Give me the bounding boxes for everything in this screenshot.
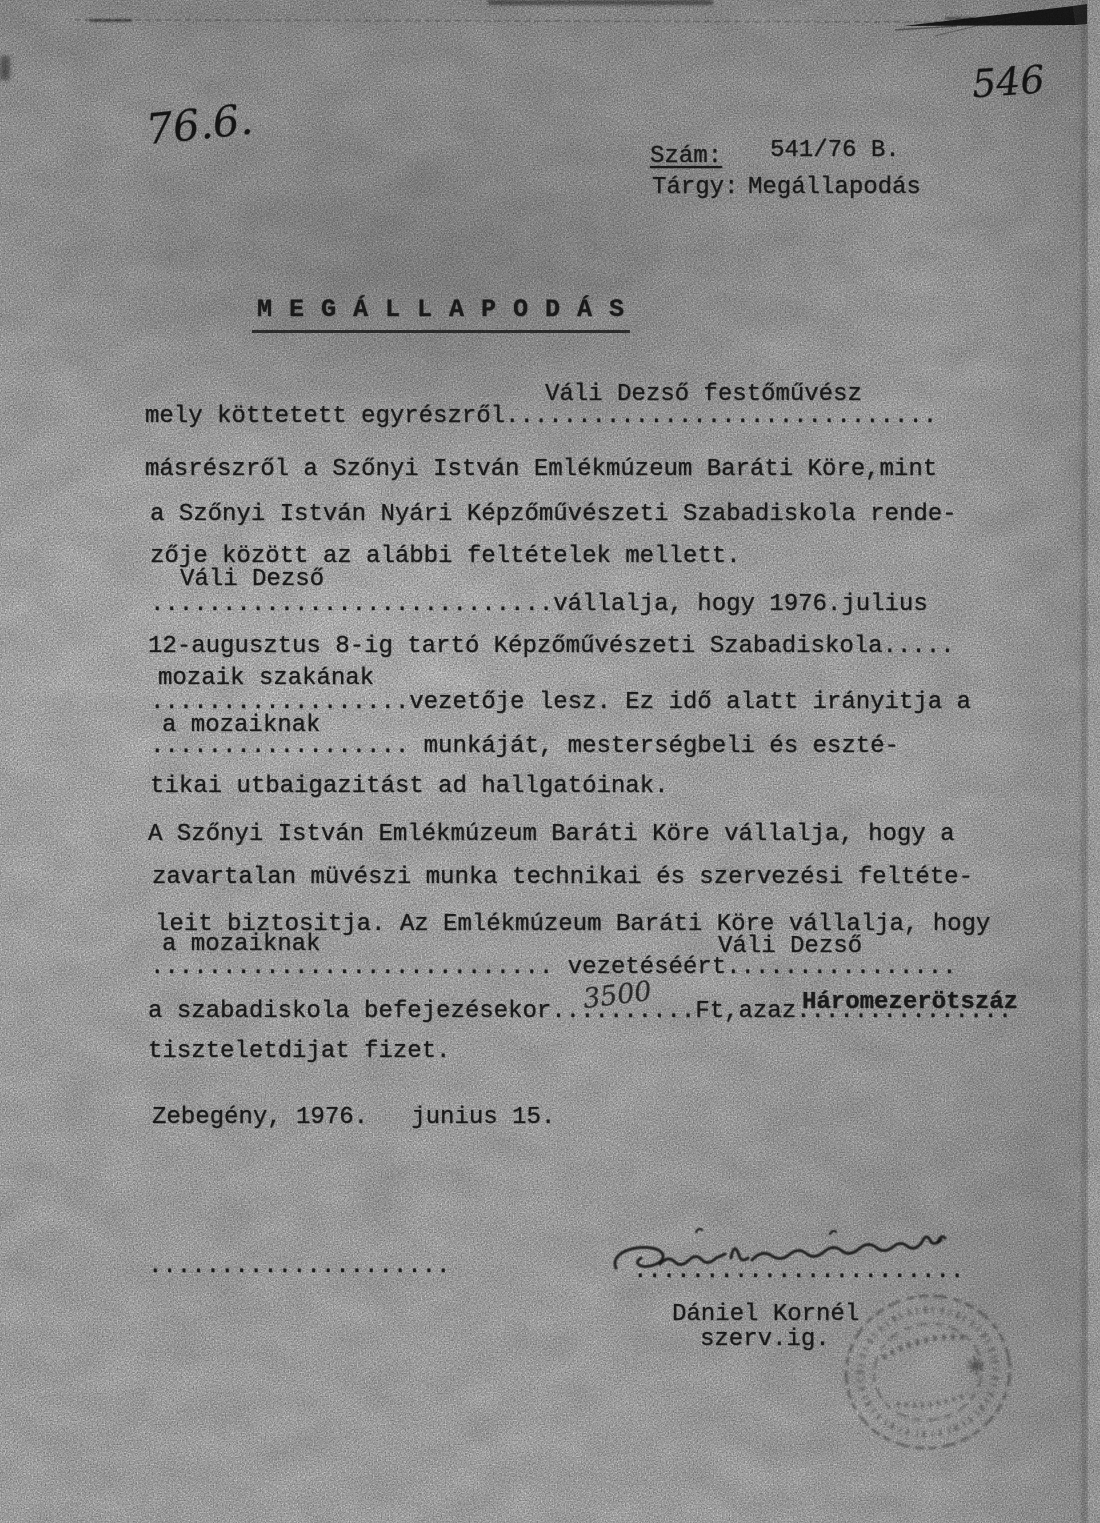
fill-in-text: a mozaiknak	[162, 931, 320, 959]
reference-number-label: Szám:	[650, 143, 722, 171]
scan-artifact-smudge	[488, 0, 713, 5]
signature-dotted-line-left: .....................	[148, 1253, 450, 1281]
scanned-document-page: 76.6. 546 Szám: 541/76 B. Tárgy: Megálla…	[0, 0, 1100, 1523]
handwritten-page-number: 546	[971, 58, 1046, 107]
fill-in-text: Háromezerötszáz	[802, 989, 1018, 1017]
signer-role: szerv.ig.	[700, 1326, 830, 1354]
body-line: tiszteletdijat fizet.	[148, 1038, 450, 1066]
body-line: 12-augusztus 8-ig tartó Képzőművészeti S…	[148, 633, 955, 661]
body-line: a Szőnyi István Nyári Képzőművészeti Sza…	[150, 501, 957, 529]
paper-edge	[1088, 0, 1100, 1523]
fill-in-text: mozaik szakának	[158, 665, 374, 693]
circular-stamp	[813, 1264, 1042, 1481]
scan-artifact-line	[75, 19, 1000, 23]
fill-in-text: Váli Dezső festőművész	[545, 381, 862, 409]
body-line: A Szőnyi István Emlékmúzeum Baráti Köre …	[148, 821, 955, 849]
subject-label: Tárgy:	[652, 174, 738, 202]
paper-crease	[1082, 0, 1086, 1523]
body-line: másrészről a Szőnyi István Emlékmúzeum B…	[145, 456, 937, 484]
fill-in-text: Váli Dezső	[180, 566, 324, 594]
body-line: tikai utbaigazitást ad hallgatóinak.	[150, 773, 668, 801]
fill-in-text: a mozaiknak	[162, 712, 320, 740]
reference-number-value: 541/76 B.	[770, 137, 900, 165]
body-line: ............................vállalja, ho…	[150, 591, 928, 619]
subject-value: Megállapodás	[748, 174, 921, 202]
corner-fold-artifact	[895, 0, 1100, 44]
document-title: M E G Á L L A P O D Á S	[252, 296, 630, 333]
body-line: zavartalan müvészi munka technikai és sz…	[152, 864, 973, 892]
scan-artifact-speck	[90, 19, 132, 22]
date-line: Zebegény, 1976. junius 15.	[152, 1104, 555, 1132]
scan-artifact-smudge	[0, 56, 10, 80]
fill-in-text: Váli Dezső	[718, 933, 862, 961]
